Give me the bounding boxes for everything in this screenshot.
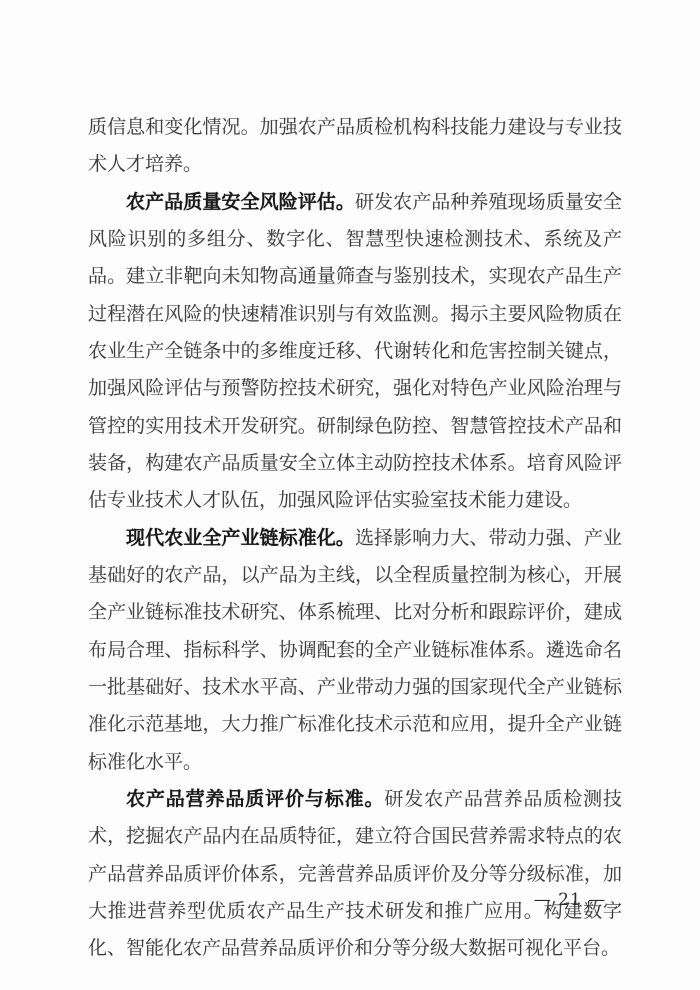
document-page: 质信息和变化情况。加强农产品质检机构科技能力建设与专业技术人才培养。 农产品质量… xyxy=(0,0,700,990)
paragraph-risk-assessment: 农产品质量安全风险评估。研发农产品种养殖现场质量安全风险识别的多组分、数字化、智… xyxy=(88,184,622,520)
paragraph-text: 选择影响力大、带动力强、产业基础好的农产品，以产品为主线，以全程质量控制为核心，… xyxy=(88,527,622,773)
paragraph-industry-chain-standardization: 现代农业全产业链标准化。选择影响力大、带动力强、产业基础好的农产品，以产品为主线… xyxy=(88,520,622,781)
paragraph-continuation: 质信息和变化情况。加强农产品质检机构科技能力建设与专业技术人才培养。 xyxy=(88,109,622,184)
paragraph-nutrition-quality-standards: 农产品营养品质评价与标准。研发农产品营养品质检测技术，挖掘农产品内在品质特征，建… xyxy=(88,781,622,968)
document-text-block: 质信息和变化情况。加强农产品质检机构科技能力建设与专业技术人才培养。 农产品质量… xyxy=(88,109,622,968)
section-heading-risk-assessment: 农产品质量安全风险评估。 xyxy=(126,191,355,213)
page-number: — 21 — xyxy=(510,890,630,910)
paragraph-text: 研发农产品种养殖现场质量安全风险识别的多组分、数字化、智慧型快速检测技术、系统及… xyxy=(88,191,622,512)
section-heading-nutrition-quality-standards: 农产品营养品质评价与标准。 xyxy=(126,788,384,810)
paragraph-text: 质信息和变化情况。加强农产品质检机构科技能力建设与专业技术人才培养。 xyxy=(88,116,622,175)
paragraph-text: 研发农产品营养品质检测技术，挖掘农产品内在品质特征，建立符合国民营养需求特点的农… xyxy=(88,788,622,959)
section-heading-industry-chain-standardization: 现代农业全产业链标准化。 xyxy=(126,527,355,549)
